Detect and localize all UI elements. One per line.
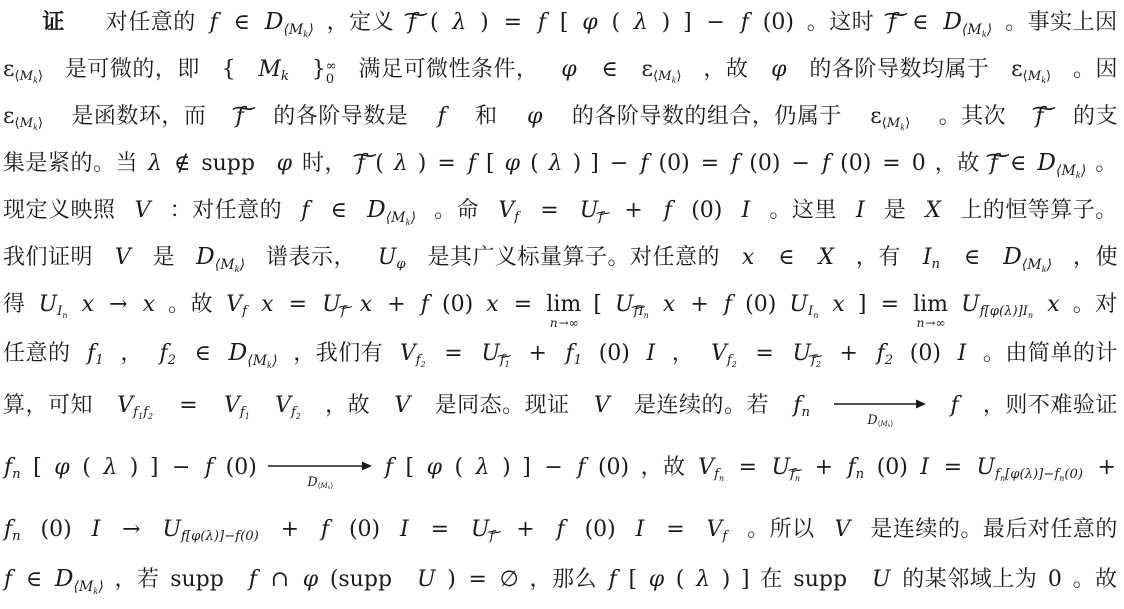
math-variable: k bbox=[93, 586, 98, 596]
subscript: ⟨Mk⟩ bbox=[14, 69, 43, 84]
cjk-text: 的各阶导数的组合，仍属于 bbox=[572, 99, 842, 130]
subscript: n bbox=[644, 311, 649, 320]
math-variable: x bbox=[831, 292, 845, 317]
math-variable: f bbox=[242, 304, 247, 319]
math-operator: = bbox=[287, 292, 309, 317]
math-roman: ∅ bbox=[500, 567, 519, 592]
cjk-text: 现定义映照 bbox=[3, 193, 116, 224]
math-roman: ⟩ bbox=[240, 257, 245, 273]
math-variable: n bbox=[932, 257, 941, 272]
math-roman: 1 bbox=[574, 353, 582, 368]
subscript: n bbox=[12, 529, 21, 544]
math-variable: x bbox=[485, 292, 499, 317]
math-operator: + bbox=[1096, 455, 1118, 480]
cjk-text: 谱表示， bbox=[266, 240, 356, 271]
under-main bbox=[834, 396, 926, 412]
math-operator: = bbox=[737, 455, 759, 480]
math-roman: [ bbox=[33, 455, 42, 480]
subscript: 2 bbox=[168, 353, 176, 368]
math-variable: U~fIn bbox=[614, 292, 650, 317]
subscript: n bbox=[856, 467, 865, 482]
math-variable: Vf bbox=[706, 517, 729, 542]
subscript: 1 bbox=[505, 360, 510, 369]
math-variable: f bbox=[384, 455, 394, 480]
math-operator: = bbox=[442, 341, 464, 366]
math-roman: ]− bbox=[1038, 467, 1054, 482]
math-variable: k bbox=[672, 76, 677, 85]
subscript: n bbox=[1028, 311, 1033, 320]
script-letter: D⟨Mk⟩ bbox=[229, 339, 278, 366]
cjk-text: ，使 bbox=[1073, 240, 1118, 271]
math-roman: ] bbox=[683, 10, 692, 35]
math-operator: = bbox=[502, 10, 524, 35]
subscript: n bbox=[801, 405, 810, 420]
math-variable: fn bbox=[792, 393, 811, 418]
tilde-accent: ~f bbox=[407, 10, 417, 35]
math-operator: − bbox=[170, 455, 192, 480]
math-variable: X bbox=[817, 245, 835, 270]
math-operator: + bbox=[688, 292, 710, 317]
math-variable: I bbox=[919, 455, 930, 480]
cjk-text: 是其广义标量算子。对任意的 bbox=[428, 240, 721, 271]
math-variable: Vf1f2 bbox=[116, 393, 154, 418]
math-roman: 0 bbox=[1048, 567, 1062, 592]
math-roman: ⟩ bbox=[1046, 69, 1051, 84]
cjk-text: 。由简单的计 bbox=[983, 336, 1118, 367]
subscript: fn bbox=[714, 467, 724, 482]
cjk-text: 是可微的，即 bbox=[65, 52, 200, 83]
script-letter: D⟨Mk⟩ bbox=[943, 8, 992, 35]
math-operator: = bbox=[753, 341, 775, 366]
math-variable: M bbox=[79, 579, 93, 595]
subscript: 1 bbox=[245, 412, 250, 421]
text-line: f∈D⟨Mk⟩，若suppf∩φ(suppU)=∅，那么f[φ(λ)]在supp… bbox=[3, 562, 1118, 609]
math-variable: k bbox=[888, 424, 891, 429]
math-operator: ∈ bbox=[599, 57, 619, 82]
math-variable: φ bbox=[526, 104, 543, 129]
subscript: ⟨Mk⟩ bbox=[14, 116, 43, 131]
math-operator: = bbox=[880, 151, 902, 176]
proof-text-block: 证对任意的f∈D⟨Mk⟩，定义~f(λ)=f[φ(λ)]−f(0)。这时~f∈D… bbox=[3, 5, 1118, 609]
subscript: 2 bbox=[885, 353, 893, 368]
cjk-text: 。 bbox=[1095, 146, 1118, 177]
subscript: ⟨Mk⟩ bbox=[318, 481, 334, 490]
math-roman: (0) bbox=[349, 517, 380, 542]
math-roman: 2 bbox=[816, 360, 821, 369]
math-variable: λ bbox=[102, 455, 118, 480]
cjk-text: 。这里 bbox=[769, 193, 837, 224]
script-letter: D⟨Mk⟩ bbox=[196, 243, 245, 270]
math-roman: (0) bbox=[226, 455, 257, 480]
math-roman: ⟩ bbox=[330, 481, 333, 490]
math-operator: − bbox=[608, 151, 630, 176]
subscript: ⟨Mk⟩ bbox=[386, 210, 416, 226]
subscript: k bbox=[1041, 76, 1046, 85]
tilde-accent: ~f bbox=[356, 151, 366, 176]
subscript: ~f bbox=[489, 529, 494, 544]
math-roman: (supp bbox=[330, 567, 392, 592]
math-variable: f bbox=[204, 455, 214, 480]
subscript: ⟨Mk⟩ bbox=[74, 579, 104, 595]
cjk-text: 的支 bbox=[1073, 99, 1118, 130]
subscript: k bbox=[93, 586, 98, 596]
cjk-text: ， bbox=[672, 336, 695, 367]
math-roman: ⟩ bbox=[890, 419, 893, 428]
math-variable: I bbox=[957, 341, 968, 366]
math-roman: (0) bbox=[840, 151, 871, 176]
math-variable: fn bbox=[3, 455, 22, 480]
math-variable: M bbox=[391, 210, 405, 226]
subscript: k bbox=[33, 123, 38, 132]
text-line: 集是紧的。当λ∉suppφ时，~f(λ)=f[φ(λ)]−f(0)=f(0)−f… bbox=[3, 146, 1118, 193]
tilde-mark: ~ bbox=[881, 2, 911, 26]
subscript: ~f2 bbox=[811, 353, 821, 368]
math-variable: k bbox=[303, 29, 308, 39]
math-operator: + bbox=[279, 517, 301, 542]
subscript: 2 bbox=[816, 360, 821, 369]
text-line: 算，可知Vf1f2=Vf1Vf2，故V是同态。现证V是连续的。若fnD⟨Mk⟩f… bbox=[3, 388, 1118, 450]
math-operator: = bbox=[664, 517, 686, 542]
subscript: n bbox=[62, 311, 67, 320]
subscript: ⟨Mk⟩ bbox=[1023, 69, 1052, 84]
math-variable: φ bbox=[770, 57, 787, 82]
subscript: 2 bbox=[421, 360, 426, 369]
subscript: k bbox=[672, 76, 677, 85]
math-variable: U~f bbox=[470, 517, 495, 542]
math-variable: x bbox=[81, 292, 95, 317]
math-variable: n bbox=[12, 467, 21, 482]
sub-sup-stack: ∞0 bbox=[326, 61, 337, 86]
under-labeled-symbol: D⟨Mk⟩ bbox=[834, 396, 926, 427]
math-operator: − bbox=[789, 151, 811, 176]
cjk-text: ，若 bbox=[115, 562, 160, 593]
math-variable: U~fn bbox=[771, 455, 802, 480]
cjk-text: 。对 bbox=[1073, 287, 1118, 318]
cjk-text: ，故 bbox=[641, 450, 686, 481]
cjk-text: ，那么 bbox=[529, 562, 597, 593]
cjk-text: 是 bbox=[153, 240, 176, 271]
math-roman: supp bbox=[170, 567, 224, 592]
subscript: k bbox=[267, 360, 272, 370]
math-operator: = bbox=[177, 393, 199, 418]
math-variable: k bbox=[281, 69, 289, 84]
cjk-text: ，有 bbox=[856, 240, 901, 271]
subscript: ⟨Mk⟩ bbox=[215, 257, 245, 273]
math-roman: (0) bbox=[749, 151, 780, 176]
math-variable: x bbox=[662, 292, 676, 317]
math-variable: k bbox=[1041, 76, 1046, 85]
cjk-text: 算，可知 bbox=[3, 388, 93, 419]
cjk-text: 是连续的。若 bbox=[634, 388, 769, 419]
subscript: 1 bbox=[138, 412, 143, 421]
math-variable: f bbox=[514, 210, 519, 225]
math-variable: k bbox=[267, 360, 272, 370]
math-variable: φ bbox=[426, 455, 443, 480]
math-variable: M bbox=[20, 116, 34, 131]
math-variable: U bbox=[416, 567, 437, 592]
math-roman: ) bbox=[573, 151, 582, 176]
subscript: f2 bbox=[727, 353, 737, 368]
math-operator: → bbox=[120, 517, 142, 542]
math-variable: f bbox=[740, 10, 750, 35]
script-letter: D bbox=[867, 412, 877, 427]
cjk-text: ，故 bbox=[935, 146, 980, 177]
math-variable: φ bbox=[560, 57, 577, 82]
math-roman: ( bbox=[82, 455, 91, 480]
subscript: ⟨Mk⟩ bbox=[962, 22, 992, 38]
math-roman: supp bbox=[793, 567, 847, 592]
cjk-text: ，定义 bbox=[327, 5, 395, 36]
math-variable: x bbox=[741, 245, 755, 270]
math-roman: ] bbox=[150, 455, 159, 480]
math-roman: ⟩ bbox=[308, 22, 313, 38]
math-variable: λ bbox=[633, 10, 649, 35]
subscript: fn[φ(λ)]−fn(0) bbox=[995, 467, 1083, 482]
math-variable: f bbox=[576, 455, 586, 480]
subscript: ⟨Mk⟩ bbox=[878, 419, 894, 428]
math-roman: { bbox=[222, 57, 236, 82]
math-roman: →∞ bbox=[925, 316, 945, 330]
cjk-text: 是同态。现证 bbox=[435, 388, 570, 419]
math-operator: + bbox=[526, 341, 548, 366]
tilde-mark: ~ bbox=[983, 143, 1013, 167]
under-main: lim bbox=[546, 294, 581, 316]
subscript: n bbox=[795, 474, 800, 483]
math-variable: I bbox=[645, 341, 656, 366]
math-roman: ( bbox=[430, 10, 439, 35]
under-labeled-symbol: limn→∞ bbox=[913, 294, 948, 330]
subscript: k bbox=[1076, 170, 1081, 180]
math-roman: [ bbox=[406, 455, 415, 480]
math-variable: f1 bbox=[565, 341, 584, 366]
math-variable: f bbox=[320, 517, 330, 542]
math-roman: ) bbox=[662, 10, 671, 35]
math-variable: f bbox=[467, 151, 477, 176]
math-variable: f bbox=[722, 529, 727, 544]
cjk-text: 。所以 bbox=[747, 512, 815, 543]
math-operator: + bbox=[622, 198, 644, 223]
math-variable: M bbox=[1061, 163, 1075, 179]
cjk-text: 。故 bbox=[1073, 562, 1118, 593]
math-variable: Vf bbox=[225, 292, 248, 317]
math-variable: M bbox=[253, 353, 267, 369]
subscript: In bbox=[57, 304, 67, 319]
subscript: k bbox=[303, 29, 308, 39]
math-variable: Vfn bbox=[697, 455, 725, 480]
math-variable: φ bbox=[53, 455, 70, 480]
math-roman: ]− bbox=[219, 529, 235, 544]
math-variable: M bbox=[20, 69, 34, 84]
cjk-text: 在 bbox=[760, 562, 783, 593]
math-roman: ) bbox=[480, 10, 489, 35]
subscript: k bbox=[33, 76, 38, 85]
subscript: f bbox=[514, 210, 519, 225]
math-variable: V bbox=[593, 393, 611, 418]
math-roman: ⟩ bbox=[1047, 257, 1052, 273]
cjk-text: 。其次 bbox=[939, 99, 1007, 130]
math-operator: ∈ bbox=[962, 245, 982, 270]
under-label: n→∞ bbox=[916, 317, 946, 330]
math-variable: n bbox=[856, 467, 865, 482]
math-roman: ⟩ bbox=[38, 69, 43, 84]
math-variable: φ bbox=[648, 567, 665, 592]
subscript: ⟨Mk⟩ bbox=[1022, 257, 1052, 273]
math-variable: X bbox=[924, 198, 942, 223]
subscript: f[φ(λ)]In bbox=[980, 304, 1033, 319]
math-variable: M bbox=[887, 116, 901, 131]
script-letter: D⟨Mk⟩ bbox=[367, 196, 416, 223]
subscript: φ bbox=[396, 257, 405, 272]
math-operator: ∈ bbox=[193, 341, 213, 366]
math-variable: n bbox=[916, 316, 926, 330]
math-variable: x bbox=[142, 292, 156, 317]
math-roman: ] bbox=[858, 292, 867, 317]
math-variable: M bbox=[289, 22, 303, 38]
math-roman: [ bbox=[593, 292, 602, 317]
cjk-text: 的各阶导数是 bbox=[273, 99, 408, 130]
math-roman: 1 bbox=[138, 412, 143, 421]
math-variable: n bbox=[1059, 474, 1064, 483]
under-label: D⟨Mk⟩ bbox=[867, 413, 893, 427]
math-operator: → bbox=[107, 292, 129, 317]
math-operator: ∩ bbox=[269, 567, 291, 592]
math-operator: + bbox=[385, 292, 407, 317]
cjk-text: 上的恒等算子。 bbox=[960, 193, 1118, 224]
under-labeled-symbol: D⟨Mk⟩ bbox=[268, 458, 372, 489]
tilde-mark: ~ bbox=[485, 524, 503, 539]
math-variable: Vf2 bbox=[399, 341, 427, 366]
subscript: ~fIn bbox=[634, 304, 649, 319]
cjk-text: 。故 bbox=[168, 287, 213, 318]
cjk-text: 集是紧的。当 bbox=[3, 146, 138, 177]
subscript: n bbox=[813, 311, 818, 320]
under-label: n→∞ bbox=[549, 317, 579, 330]
text-line: 我们证明V是D⟨Mk⟩谱表示，Uφ是其广义标量算子。对任意的x∈X，有In∈D⟨… bbox=[3, 240, 1118, 287]
math-variable: U bbox=[871, 567, 892, 592]
math-roman: [ bbox=[486, 151, 495, 176]
math-roman: ( bbox=[676, 567, 685, 592]
math-roman: ⟩ bbox=[905, 116, 910, 131]
math-variable: λ bbox=[205, 529, 213, 544]
cjk-text: 。因 bbox=[1073, 52, 1118, 83]
cjk-text: ：对任意的 bbox=[170, 193, 283, 224]
math-operator: + bbox=[838, 341, 860, 366]
math-variable: f bbox=[949, 393, 959, 418]
math-roman: (0) bbox=[1064, 467, 1083, 482]
math-variable: n bbox=[12, 529, 21, 544]
math-variable: φ bbox=[302, 567, 319, 592]
text-line: fn(0)I→Uf[φ(λ)]−f(0)+f(0)I=U~f+f(0)I=Vf。… bbox=[3, 512, 1118, 562]
cjk-text: 。命 bbox=[434, 193, 479, 224]
math-variable: V bbox=[114, 245, 132, 270]
math-operator: − bbox=[705, 10, 727, 35]
math-variable: f bbox=[608, 567, 618, 592]
math-variable: Mk bbox=[257, 57, 290, 82]
math-roman: ) bbox=[722, 567, 731, 592]
math-variable: Uf[φ(λ)]−f(0) bbox=[161, 517, 259, 542]
math-variable: k bbox=[1076, 170, 1081, 180]
subscript: ~f bbox=[598, 210, 603, 225]
math-operator: ∈ bbox=[232, 10, 252, 35]
math-roman: 0 bbox=[912, 151, 926, 176]
math-variable: x bbox=[1046, 292, 1060, 317]
math-variable: M bbox=[220, 257, 234, 273]
math-variable: f bbox=[556, 517, 566, 542]
cjk-text: 是 bbox=[884, 193, 907, 224]
math-roman: ) bbox=[447, 567, 456, 592]
math-variable: M bbox=[967, 22, 981, 38]
math-roman: (0) bbox=[442, 292, 473, 317]
math-variable: M bbox=[1027, 257, 1041, 273]
math-variable: λ bbox=[147, 151, 163, 176]
cjk-text: ， bbox=[120, 336, 143, 367]
subscript: k bbox=[982, 29, 987, 39]
long-arrow-icon bbox=[268, 458, 372, 474]
math-roman: 2 bbox=[421, 360, 426, 369]
math-roman: ε⟨Mk⟩ bbox=[870, 104, 910, 129]
math-variable: f2 bbox=[876, 341, 895, 366]
math-variable: M bbox=[320, 481, 327, 490]
text-line: 得UInx→x。故Vfx=U~fx+f(0)x=limn→∞[U~fInx+f(… bbox=[3, 287, 1118, 336]
math-roman: 2 bbox=[296, 412, 301, 421]
math-variable: f bbox=[3, 567, 13, 592]
math-roman: 1 bbox=[505, 360, 510, 369]
cjk-text: ，故 bbox=[325, 388, 370, 419]
math-roman: 1 bbox=[95, 353, 103, 368]
math-variable: f bbox=[639, 151, 649, 176]
math-roman: 2 bbox=[148, 412, 153, 421]
subscript: k bbox=[235, 264, 240, 274]
math-operator: ∉ bbox=[172, 151, 192, 176]
cjk-text: ，故 bbox=[703, 52, 748, 83]
subscript: 1 bbox=[95, 353, 103, 368]
math-roman: (0) bbox=[658, 151, 689, 176]
math-roman: ] bbox=[741, 567, 750, 592]
tilde-mark: ~ bbox=[594, 205, 612, 220]
script-letter: D bbox=[307, 474, 317, 489]
math-variable: fn bbox=[3, 517, 22, 542]
subscript: n bbox=[1000, 474, 1005, 483]
math-roman: ⟩ bbox=[38, 116, 43, 131]
subscript: ~fn bbox=[790, 467, 800, 482]
math-roman: ε⟨Mk⟩ bbox=[1011, 57, 1051, 82]
math-variable: φ bbox=[191, 529, 200, 544]
under-labeled-symbol: limn→∞ bbox=[546, 294, 581, 330]
subscript: ~f1 bbox=[500, 353, 510, 368]
subscript: ⟨Mk⟩ bbox=[653, 69, 682, 84]
math-variable: n bbox=[813, 311, 818, 320]
math-variable: n bbox=[62, 311, 67, 320]
script-letter: D⟨Mk⟩ bbox=[1003, 243, 1052, 270]
math-roman: [ bbox=[628, 567, 637, 592]
text-line: 现定义映照V：对任意的f∈D⟨Mk⟩。命Vf=U~f+f(0)I。这里I是X上的… bbox=[3, 193, 1118, 240]
math-roman: ⟩ bbox=[676, 69, 681, 84]
subscript: 0 bbox=[326, 74, 334, 87]
math-roman: ( bbox=[530, 151, 539, 176]
math-variable: k bbox=[406, 217, 411, 227]
math-variable: f bbox=[248, 567, 258, 592]
math-variable: f2 bbox=[158, 341, 177, 366]
math-variable: k bbox=[235, 264, 240, 274]
math-roman: 2 bbox=[885, 353, 893, 368]
math-variable: λ bbox=[475, 455, 491, 480]
subscript: n bbox=[932, 257, 941, 272]
math-variable: k bbox=[900, 123, 905, 132]
math-roman: 2 bbox=[732, 360, 737, 369]
cjk-text: ，我们有 bbox=[293, 336, 383, 367]
math-variable: Uφ bbox=[377, 245, 407, 270]
math-variable: fn bbox=[847, 455, 866, 480]
